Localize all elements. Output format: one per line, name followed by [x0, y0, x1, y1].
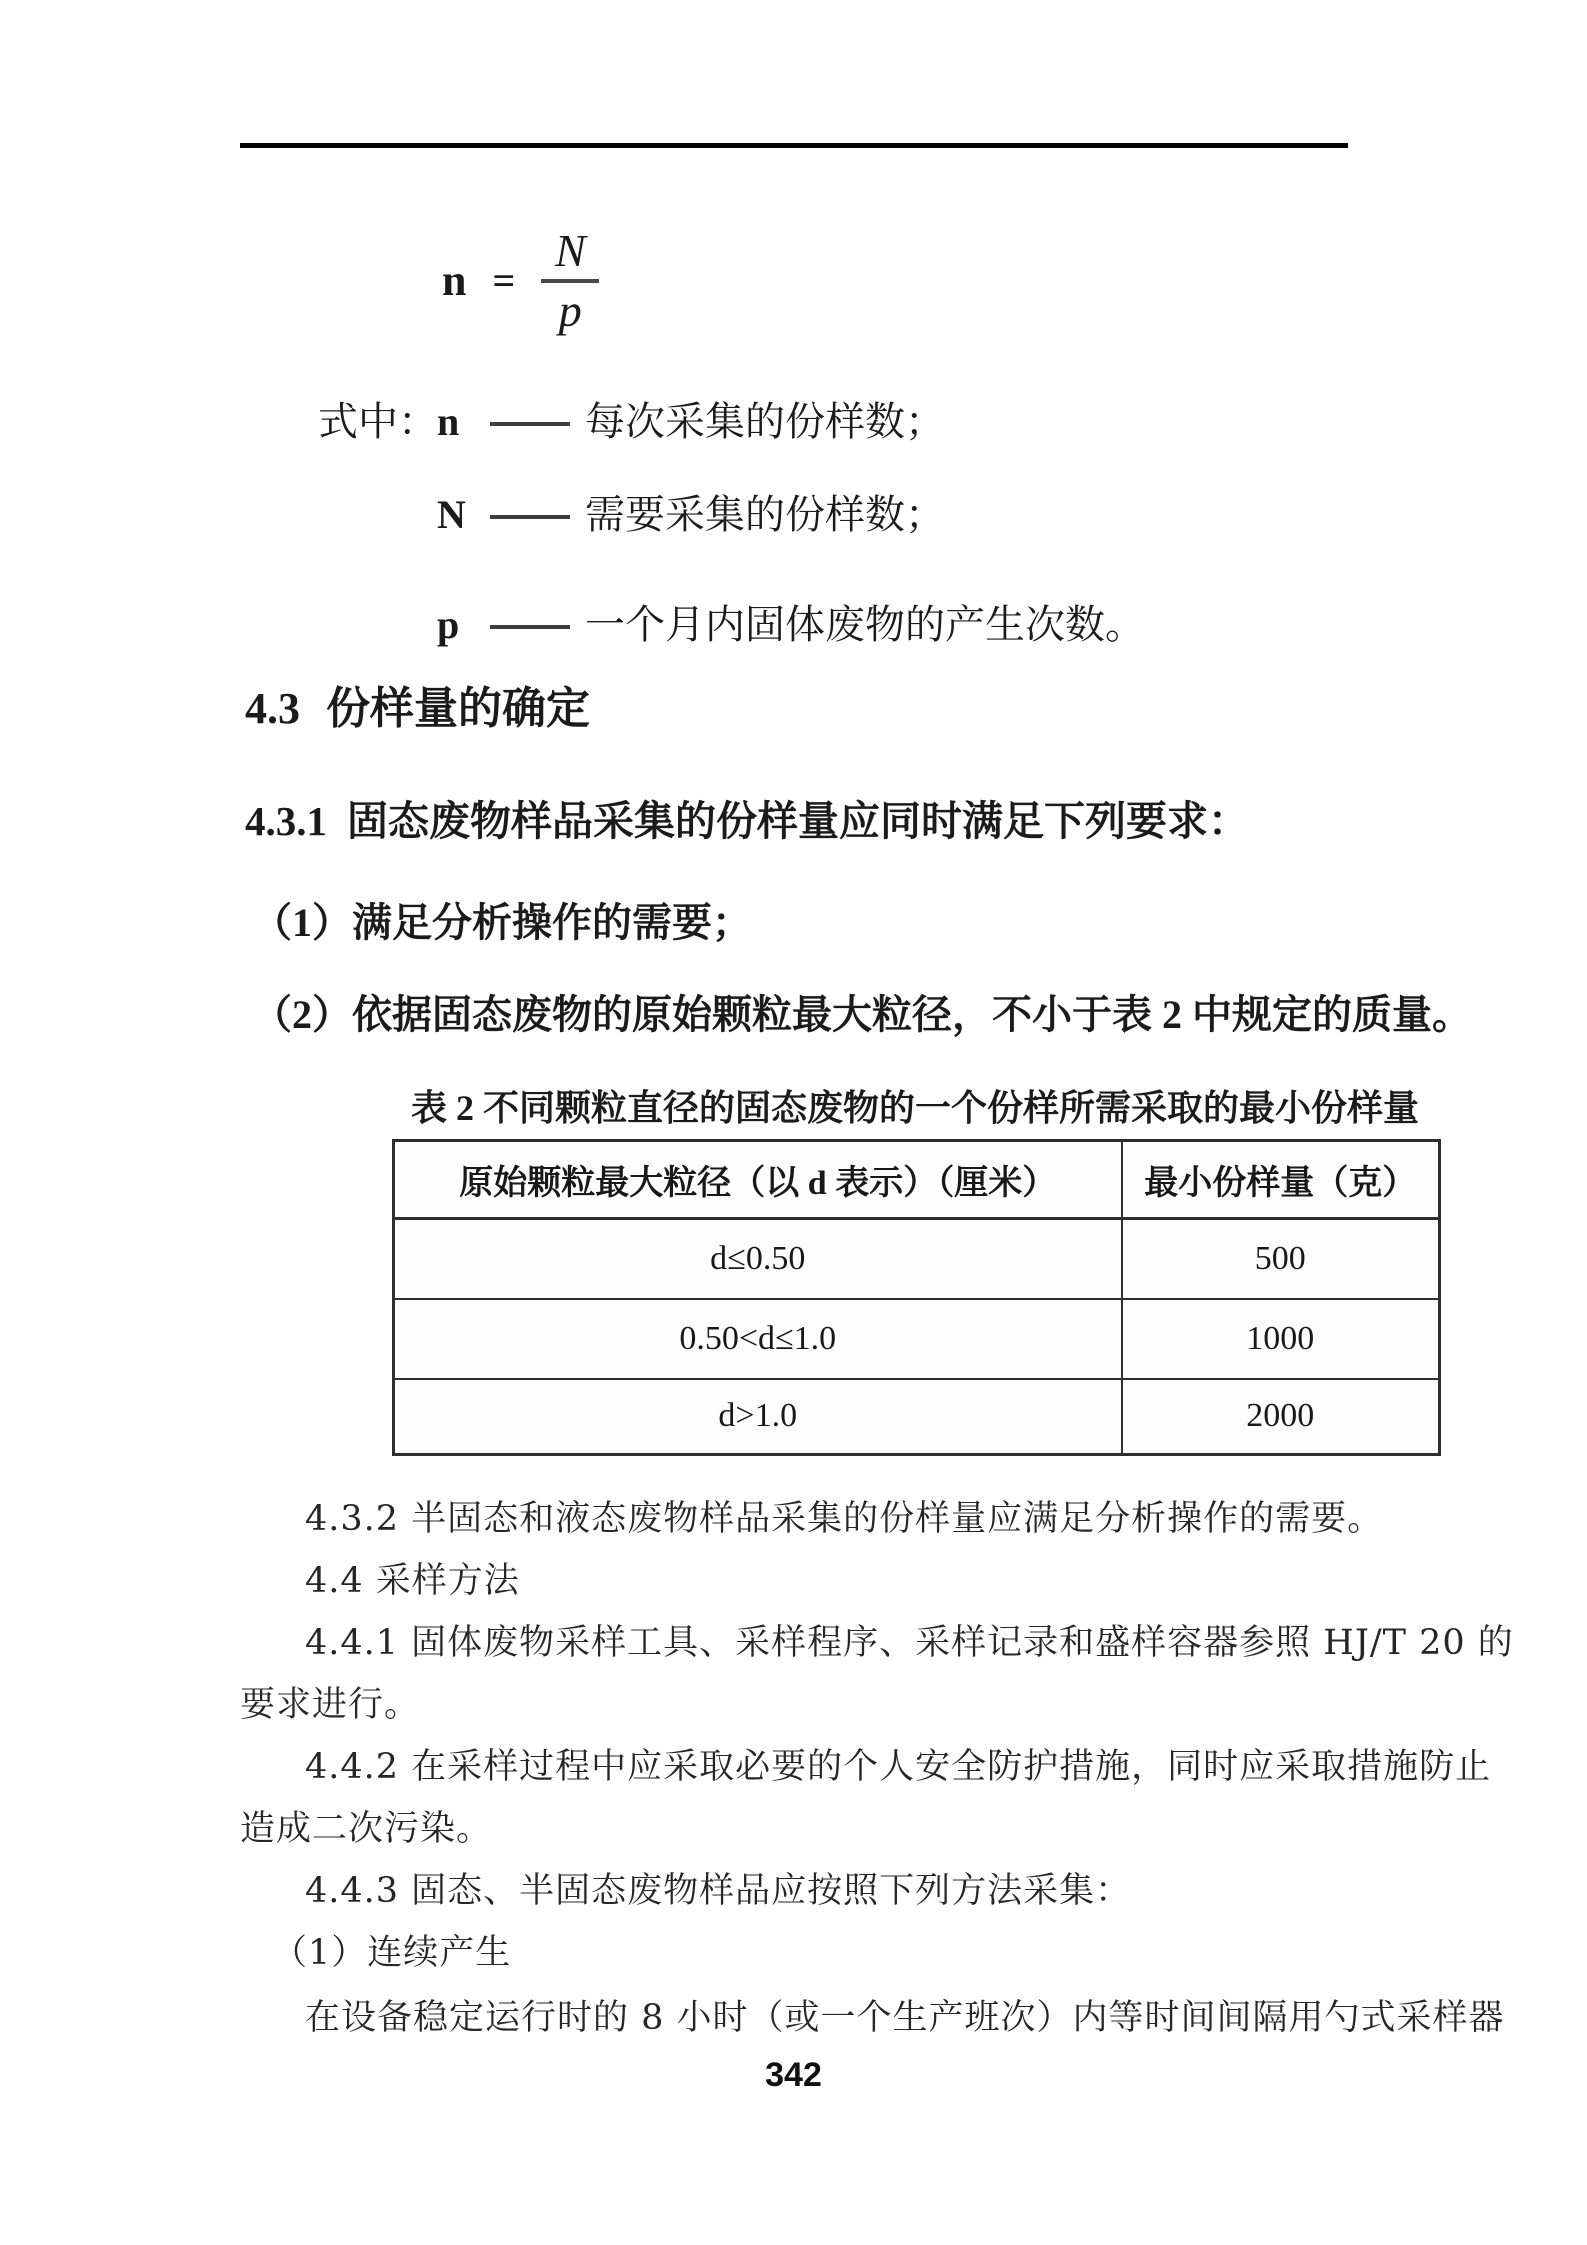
paragraph-4-4-2: 4.4.2 在采样过程中应采取必要的个人安全防护措施，同时应采取措施防止 — [305, 1746, 1491, 1788]
paragraph-4-4: 4.4 采样方法 — [305, 1560, 520, 1602]
table-header-row: 原始颗粒最大粒径（以 d 表示）（厘米） 最小份样量（克） — [394, 1141, 1440, 1219]
table-row: d>1.0 2000 — [394, 1379, 1440, 1455]
definition-row-n: 式中： n 每次采集的份样数； — [0, 398, 1587, 450]
document-page: n = N p 式中： n 每次采集的份样数； N 需要采集的份样数； p 一个… — [0, 0, 1587, 2245]
definition-intro: 式中： — [318, 398, 438, 446]
definition-symbol-N: N — [437, 491, 466, 539]
paragraph-4-4-3: 4.4.3 固态、半固态废物样品应按照下列方法采集： — [305, 1870, 1131, 1912]
formula-block: n = N p — [442, 228, 599, 334]
definition-symbol-p: p — [437, 601, 459, 649]
section-number: 4.3 — [245, 684, 300, 733]
list-item-2: （2）依据固态废物的原始颗粒最大粒径，不小于表 2 中规定的质量。 — [252, 983, 1472, 1040]
list-item-1: （1）满足分析操作的需要； — [252, 891, 752, 948]
table-cell-diameter: 0.50<d≤1.0 — [394, 1299, 1122, 1379]
paragraph-4-3-2: 4.3.2 半固态和液态废物样品采集的份样量应满足分析操作的需要。 — [305, 1498, 1383, 1540]
paragraph-4-4-1-cont: 要求进行。 — [240, 1684, 420, 1726]
definition-description-p: 一个月内固体废物的产生次数。 — [585, 601, 1145, 649]
table-cell-diameter: d>1.0 — [394, 1379, 1122, 1455]
formula-numerator: N — [549, 228, 592, 274]
clause-text: 固态废物样品采集的份样量应同时满足下列要求： — [347, 798, 1249, 844]
table-row: 0.50<d≤1.0 1000 — [394, 1299, 1440, 1379]
definition-dash — [490, 422, 570, 426]
definition-description-N: 需要采集的份样数； — [585, 491, 945, 539]
formula-denominator: p — [553, 288, 588, 334]
paragraph-4-4-1: 4.4.1 固体废物采样工具、采样程序、采样记录和盛样容器参照 HJ/T 20 … — [305, 1622, 1514, 1664]
paragraph-4-4-2-cont: 造成二次污染。 — [240, 1808, 492, 1850]
table-cell-mass: 500 — [1122, 1219, 1440, 1299]
table-cell-mass: 1000 — [1122, 1299, 1440, 1379]
table-header-cell-diameter: 原始颗粒最大粒径（以 d 表示）（厘米） — [394, 1141, 1122, 1219]
definition-dash — [490, 625, 570, 629]
fraction-bar — [541, 279, 599, 283]
header-rule — [240, 143, 1348, 148]
paragraph-sampling-detail: 在设备稳定运行时的 8 小时（或一个生产班次）内等时间间隔用勺式采样器 — [305, 1997, 1505, 2039]
table-header-cell-mass: 最小份样量（克） — [1122, 1141, 1440, 1219]
definition-row-N: N 需要采集的份样数； — [0, 491, 1587, 543]
section-title: 份样量的确定 — [326, 684, 590, 733]
section-heading-4-3: 4.3份样量的确定 — [245, 672, 590, 736]
table-cell-mass: 2000 — [1122, 1379, 1440, 1455]
table-caption: 表 2 不同颗粒直径的固态废物的一个份样所需采取的最小份样量 — [392, 1080, 1438, 1131]
table-cell-diameter: d≤0.50 — [394, 1219, 1122, 1299]
definition-row-p: p 一个月内固体废物的产生次数。 — [0, 601, 1587, 653]
definition-dash — [490, 515, 570, 519]
page-number: 342 — [0, 2056, 1587, 2095]
formula-equals-sign: = — [492, 261, 515, 301]
table-row: d≤0.50 500 — [394, 1219, 1440, 1299]
paragraph-item-continuous: （1）连续产生 — [272, 1932, 511, 1974]
definition-description-n: 每次采集的份样数； — [585, 398, 945, 446]
clause-4-3-1: 4.3.1固态废物样品采集的份样量应同时满足下列要求： — [245, 788, 1249, 847]
formula-fraction: N p — [541, 228, 599, 334]
formula-lhs: n — [442, 259, 466, 303]
definition-symbol-n: n — [437, 398, 459, 446]
clause-number: 4.3.1 — [245, 798, 327, 844]
minimum-sample-size-table: 原始颗粒最大粒径（以 d 表示）（厘米） 最小份样量（克） d≤0.50 500… — [392, 1139, 1441, 1456]
